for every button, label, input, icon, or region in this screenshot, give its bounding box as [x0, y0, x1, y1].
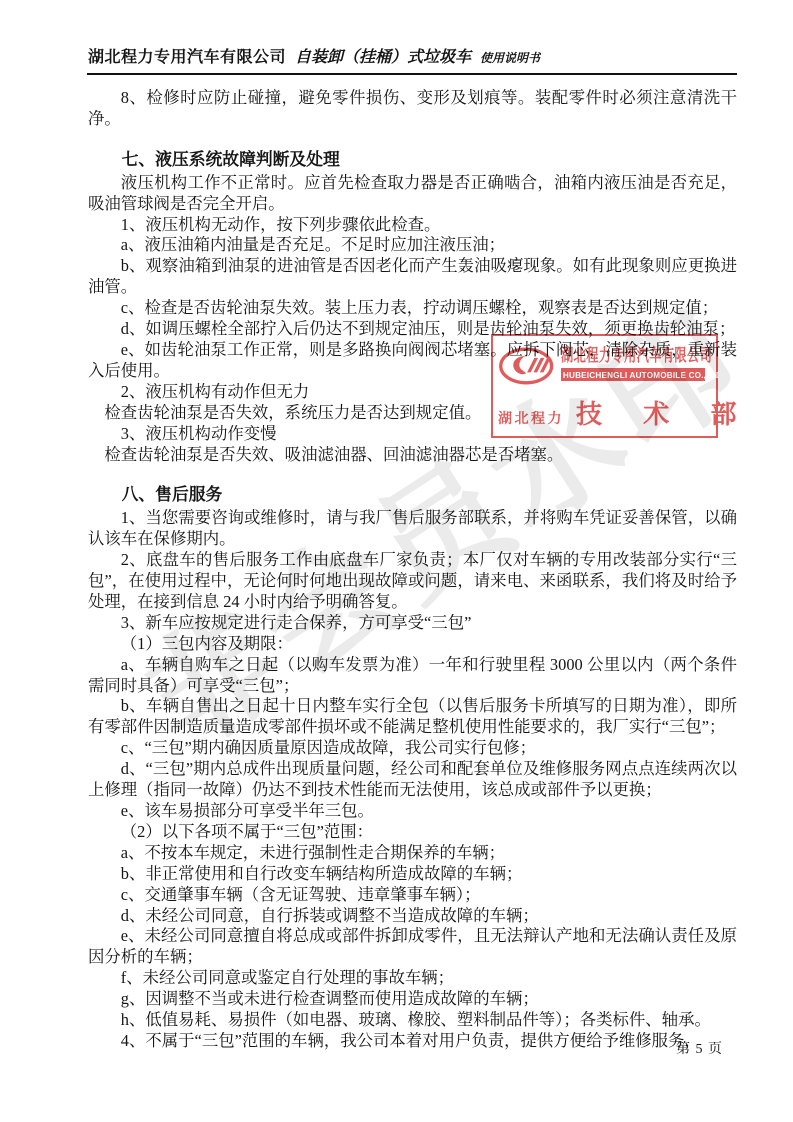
- header-company-name: 湖北程力专用汽车有限公司: [88, 44, 286, 67]
- paragraph: 检查齿轮油泵是否失效、吸油滤油器、回油滤油器芯是否堵塞。: [88, 445, 737, 466]
- paragraph: a、不按本车规定，未进行强制性走合期保养的车辆；: [88, 843, 737, 864]
- paragraph: d、未经公司同意，自行拆装或调整不当造成故障的车辆；: [88, 906, 737, 927]
- header-divider: [87, 73, 737, 75]
- stamp-bottom-row: 湖北程力 技 术 部: [498, 394, 711, 431]
- paragraph: （1）三包内容及期限：: [88, 634, 737, 655]
- paragraph: f、未经公司同意或鉴定自行处理的事故车辆；: [88, 968, 737, 989]
- paragraph: d、“三包”期内总成件出现质量问题，经公司和配套单位及维修服务网点点连续两次以上…: [88, 759, 737, 801]
- paragraph: 3、新车应按规定进行走合保养，方可享受“三包”: [88, 613, 737, 634]
- paragraph: c、“三包”期内确因质量原因造成故障，我公司实行包修；: [88, 738, 737, 759]
- section-heading-2: 八、售后服务: [88, 485, 737, 506]
- paragraph: （2）以下各项不属于“三包”范围：: [88, 822, 737, 843]
- stamp-company-block: 湖北程力专用汽车有限公司 HUBEICHENGLI AUTOMOBILE CO.…: [561, 341, 709, 381]
- paragraph: c、交通肇事车辆（含无证驾驶、违章肇事车辆）；: [88, 885, 737, 906]
- paragraph: c、检查是否齿轮油泵失效。装上压力表，拧动调压螺栓，观察表是否达到规定值；: [88, 298, 737, 319]
- paragraph: 1、液压机构无动作，按下列步骤依此检查。: [88, 215, 737, 236]
- paragraph: 1、当您需要咨询或维修时，请与我厂售后服务部联系，并将购车凭证妥善保管，以确认该…: [88, 508, 737, 550]
- sections-container: 七、液压系统故障判断及处理液压机构工作不正常时。应首先检查取力器是否正确啮合，油…: [88, 150, 737, 1052]
- paragraph: 4、不属于“三包”范围的车辆，我公司本着对用户负责，提供方便给予维修服务，: [88, 1031, 737, 1052]
- stamp-top-row: 湖北程力专用汽车有限公司 HUBEICHENGLI AUTOMOBILE CO.…: [498, 341, 711, 388]
- paragraph: e、未经公司同意擅自将总成或部件拆卸成零件，且无法辩认产地和无法确认责任及原因分…: [88, 926, 737, 968]
- paragraph: e、该车易损部分可享受半年三包。: [88, 801, 737, 822]
- stamp-brand: 湖北程力: [498, 408, 564, 428]
- paragraph: 2、底盘车的售后服务工作由底盘车厂家负责；本厂仅对车辆的专用改装部分实行“三包”…: [88, 550, 737, 613]
- paragraph: a、车辆自购车之日起（以购车发票为准）一年和行驶里程 3000 公里以内（两个条…: [88, 655, 737, 697]
- stamp-company-cn: 湖北程力专用汽车有限公司: [561, 341, 668, 366]
- paragraph: g、因调整不当或未进行检查调整而使用造成故障的车辆；: [88, 989, 737, 1010]
- page-header: 湖北程力专用汽车有限公司 自装卸（挂桶）式垃圾车 使用说明书: [88, 44, 738, 67]
- document-body: 8、检修时应防止碰撞，避免零件损伤、变形及划痕等。装配零件时必须注意清洗干净。 …: [88, 88, 737, 1052]
- paragraph: h、低值易耗、易损件（如电器、玻璃、橡胶、塑料制品件等）；各类标件、轴承。: [88, 1010, 737, 1031]
- chengli-cl-logo-icon: [498, 344, 558, 388]
- paragraph: 液压机构工作不正常时。应首先检查取力器是否正确啮合，油箱内液压油是否充足，吸油管…: [88, 173, 737, 215]
- header-doc-subtitle: 使用说明书: [480, 49, 540, 66]
- stamp-company-en: HUBEICHENGLI AUTOMOBILE CO.,LTD: [561, 368, 705, 381]
- section-heading-1: 七、液压系统故障判断及处理: [88, 150, 737, 171]
- stamp-department: 技 术 部: [576, 394, 753, 431]
- paragraph: b、观察油箱到油泵的进油管是否因老化而产生轰油吸瘪现象。如有此现象则应更换进油管…: [88, 256, 737, 298]
- technical-department-stamp: 湖北程力专用汽车有限公司 HUBEICHENGLI AUTOMOBILE CO.…: [491, 334, 718, 438]
- header-doc-title: 自装卸（挂桶）式垃圾车: [295, 44, 471, 67]
- paragraph: b、非正常使用和自行改变车辆结构所造成故障的车辆；: [88, 864, 737, 885]
- lead-paragraph: 8、检修时应防止碰撞，避免零件损伤、变形及划痕等。装配零件时必须注意清洗干净。: [88, 88, 737, 130]
- paragraph: b、车辆自售出之日起十日内整车实行全包（以售后服务卡所填写的日期为准），即所有零…: [88, 696, 737, 738]
- paragraph: a、液压油箱内油量是否充足。不足时应加注液压油；: [88, 235, 737, 256]
